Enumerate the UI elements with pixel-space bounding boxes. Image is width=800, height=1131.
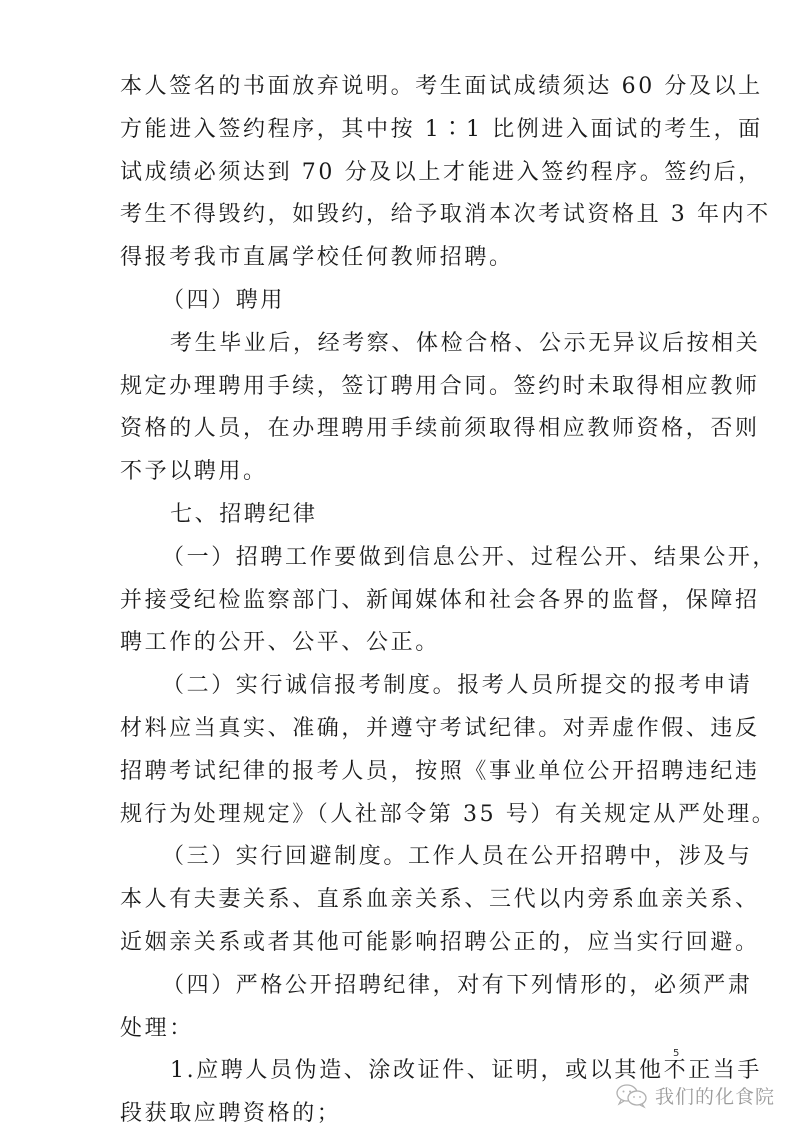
section-heading: 七、招聘纪律 [120, 494, 680, 537]
paragraph-line: 资格的人员，在办理聘用手续前须取得相应教师资格，否则 [120, 408, 680, 451]
paragraph-line: 方能进入签约程序，其中按 1∶1 比例进入面试的考生，面 [120, 109, 680, 152]
paragraph-line: 聘工作的公开、公平、公正。 [120, 622, 680, 665]
watermark-text: 我们的化食院 [655, 1082, 775, 1109]
paragraph-line: 近姻亲关系或者其他可能影响招聘公正的，应当实行回避。 [120, 922, 680, 965]
section-heading: （四）聘用 [120, 280, 680, 323]
paragraph-line: 考生毕业后，经考察、体检合格、公示无异议后按相关 [120, 323, 680, 366]
paragraph-line: 规定办理聘用手续，签订聘用合同。签约时未取得相应教师 [120, 366, 680, 409]
watermark: 我们的化食院 [615, 1082, 775, 1109]
paragraph-line: （二）实行诚信报考制度。报考人员所提交的报考申请 [120, 665, 680, 708]
wechat-icon [615, 1083, 649, 1109]
paragraph-line: 并接受纪检监察部门、新闻媒体和社会各界的监督，保障招 [120, 580, 680, 623]
paragraph-line: 规行为处理规定》（人社部令第 35 号）有关规定从严处理。 [120, 794, 680, 837]
paragraph-line: 材料应当真实、准确，并遵守考试纪律。对弄虚作假、违反 [120, 708, 680, 751]
paragraph-line: 招聘考试纪律的报考人员，按照《事业单位公开招聘违纪违 [120, 751, 680, 794]
paragraph-line: （四）严格公开招聘纪律，对有下列情形的，必须严肃 [120, 965, 680, 1008]
paragraph-line: （一）招聘工作要做到信息公开、过程公开、结果公开， [120, 537, 680, 580]
paragraph-line: 试成绩必须达到 70 分及以上才能进入签约程序。签约后， [120, 152, 680, 195]
paragraph-line: 处理： [120, 1008, 680, 1051]
paragraph-line: 得报考我市直属学校任何教师招聘。 [120, 237, 680, 280]
page-number: 5 [673, 1048, 679, 1059]
document-page: 本人签名的书面放弃说明。考生面试成绩须达 60 分及以上 方能进入签约程序，其中… [120, 66, 680, 1131]
paragraph-line: 本人有夫妻关系、直系血亲关系、三代以内旁系血亲关系、 [120, 879, 680, 922]
list-item: 1.应聘人员伪造、涂改证件、证明，或以其他不正当手 [120, 1050, 680, 1093]
paragraph-line: 考生不得毁约，如毁约，给予取消本次考试资格且 3 年内不 [120, 194, 680, 237]
paragraph-line: 不予以聘用。 [120, 451, 680, 494]
paragraph-line: 段获取应聘资格的； [120, 1093, 680, 1131]
paragraph-line: （三）实行回避制度。工作人员在公开招聘中，涉及与 [120, 836, 680, 879]
paragraph-line: 本人签名的书面放弃说明。考生面试成绩须达 60 分及以上 [120, 66, 680, 109]
